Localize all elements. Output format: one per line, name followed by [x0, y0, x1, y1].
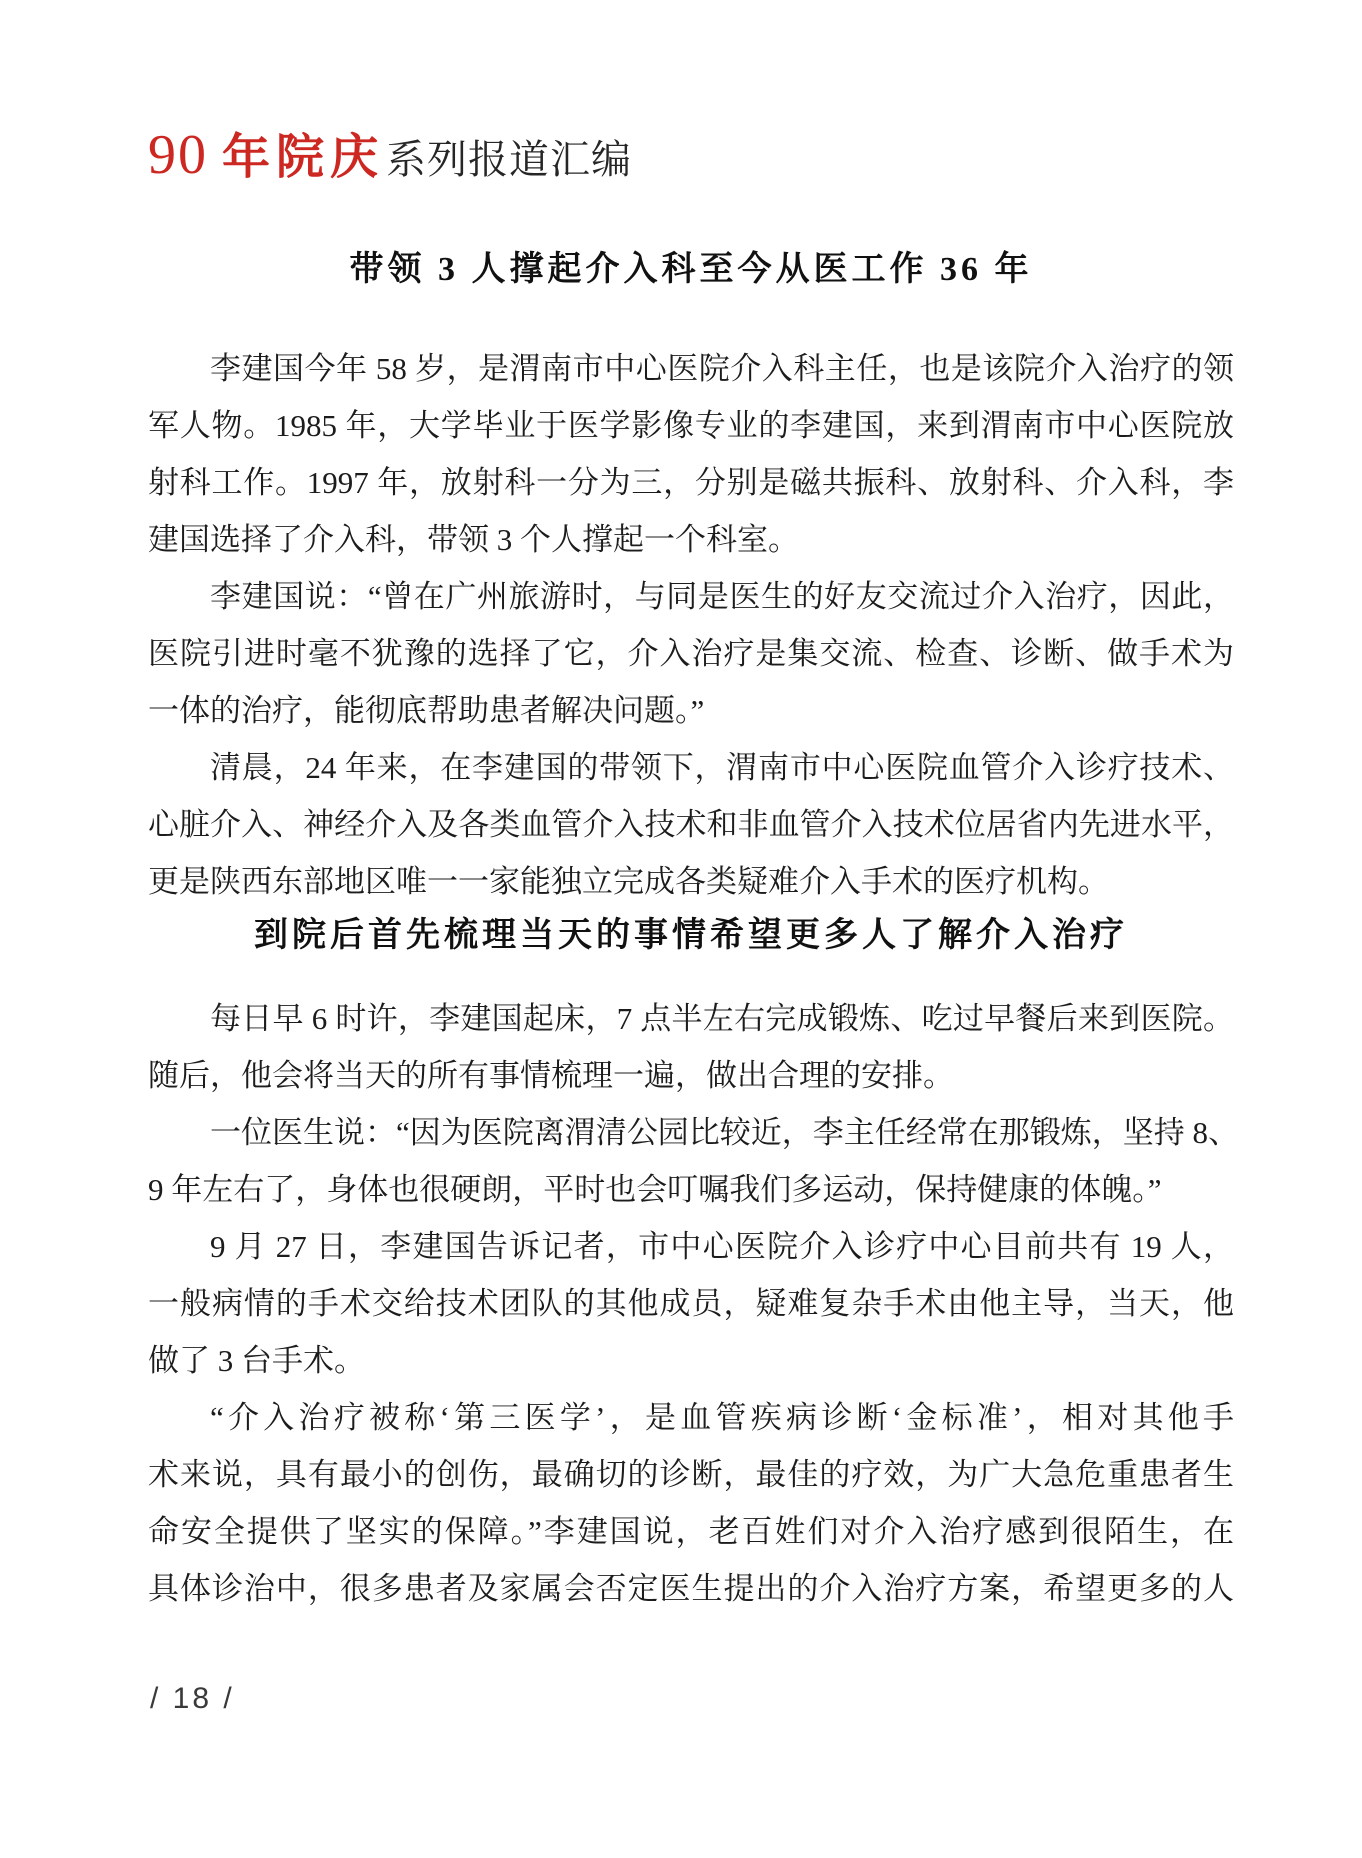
page-header: 90 年院庆 系列报道汇编	[148, 118, 632, 187]
text-line: 9 月 27 日，李建国告诉记者，市中心医院介入诊疗中心目前共有 19 人，	[148, 1218, 1234, 1275]
article-body: 带领 3 人撑起介入科至今从医工作 36 年 李建国今年 58 岁，是渭南市中心…	[148, 246, 1234, 1617]
text-line: 李建国说：“曾在广州旅游时，与同是医生的好友交流过介入治疗，因此，	[148, 568, 1234, 625]
paragraph: 每日早 6 时许，李建国起床，7 点半左右完成锻炼、吃过早餐后来到医院。 随后，…	[148, 990, 1234, 1104]
text-line: 医院引进时毫不犹豫的选择了它，介入治疗是集交流、检查、诊断、做手术为	[148, 625, 1234, 682]
text-line: 更是陕西东部地区唯一一家能独立完成各类疑难介入手术的医疗机构。	[148, 853, 1234, 910]
paragraph: 一位医生说：“因为医院离渭清公园比较近，李主任经常在那锻炼，坚持 8、 9 年左…	[148, 1104, 1234, 1218]
text-line: 命安全提供了坚实的保障。”李建国说，老百姓们对介入治疗感到很陌生，在	[148, 1503, 1234, 1560]
anniversary-script-text: 年院庆	[222, 118, 384, 187]
anniversary-number: 90	[148, 123, 208, 187]
header-subtitle: 系列报道汇编	[386, 128, 632, 185]
text-line: 一体的治疗，能彻底帮助患者解决问题。”	[148, 682, 1234, 739]
text-line: 随后，他会将当天的所有事情梳理一遍，做出合理的安排。	[148, 1047, 1234, 1104]
section-title-2: 到院后首先梳理当天的事情希望更多人了解介入治疗	[148, 912, 1234, 960]
text-line: 心脏介入、神经介入及各类血管介入技术和非血管介入技术位居省内先进水平，	[148, 796, 1234, 853]
text-line: 做了 3 台手术。	[148, 1332, 1234, 1389]
text-line: 术来说，具有最小的创伤，最确切的诊断，最佳的疗效，为广大急危重患者生	[148, 1446, 1234, 1503]
paragraph: 清晨，24 年来，在李建国的带领下，渭南市中心医院血管介入诊疗技术、 心脏介入、…	[148, 739, 1234, 910]
text-line: “介入治疗被称‘第三医学’，是血管疾病诊断‘金标准’，相对其他手	[148, 1389, 1234, 1446]
text-line: 每日早 6 时许，李建国起床，7 点半左右完成锻炼、吃过早餐后来到医院。	[148, 990, 1234, 1047]
text-line: 建国选择了介入科，带领 3 个人撑起一个科室。	[148, 511, 1234, 568]
text-line: 一位医生说：“因为医院离渭清公园比较近，李主任经常在那锻炼，坚持 8、	[148, 1104, 1234, 1161]
text-line: 9 年左右了，身体也很硬朗，平时也会叮嘱我们多运动，保持健康的体魄。”	[148, 1161, 1234, 1218]
text-line: 清晨，24 年来，在李建国的带领下，渭南市中心医院血管介入诊疗技术、	[148, 739, 1234, 796]
text-line: 军人物。1985 年，大学毕业于医学影像专业的李建国，来到渭南市中心医院放	[148, 397, 1234, 454]
page-number: / 18 /	[150, 1682, 235, 1715]
paragraph: 李建国今年 58 岁，是渭南市中心医院介入科主任，也是该院介入治疗的领 军人物。…	[148, 340, 1234, 568]
paragraph: 9 月 27 日，李建国告诉记者，市中心医院介入诊疗中心目前共有 19 人， 一…	[148, 1218, 1234, 1389]
text-line: 具体诊治中，很多患者及家属会否定医生提出的介入治疗方案，希望更多的人	[148, 1560, 1234, 1617]
paragraph: “介入治疗被称‘第三医学’，是血管疾病诊断‘金标准’，相对其他手 术来说，具有最…	[148, 1389, 1234, 1617]
paragraph: 李建国说：“曾在广州旅游时，与同是医生的好友交流过介入治疗，因此， 医院引进时毫…	[148, 568, 1234, 739]
page-footer: / 18 /	[150, 1682, 235, 1716]
document-page: 90 年院庆 系列报道汇编 带领 3 人撑起介入科至今从医工作 36 年 李建国…	[0, 0, 1362, 1858]
section-title-1: 带领 3 人撑起介入科至今从医工作 36 年	[148, 246, 1234, 294]
text-line: 射科工作。1997 年，放射科一分为三，分别是磁共振科、放射科、介入科，李	[148, 454, 1234, 511]
text-line: 一般病情的手术交给技术团队的其他成员，疑难复杂手术由他主导，当天，他	[148, 1275, 1234, 1332]
text-line: 李建国今年 58 岁，是渭南市中心医院介入科主任，也是该院介入治疗的领	[148, 340, 1234, 397]
